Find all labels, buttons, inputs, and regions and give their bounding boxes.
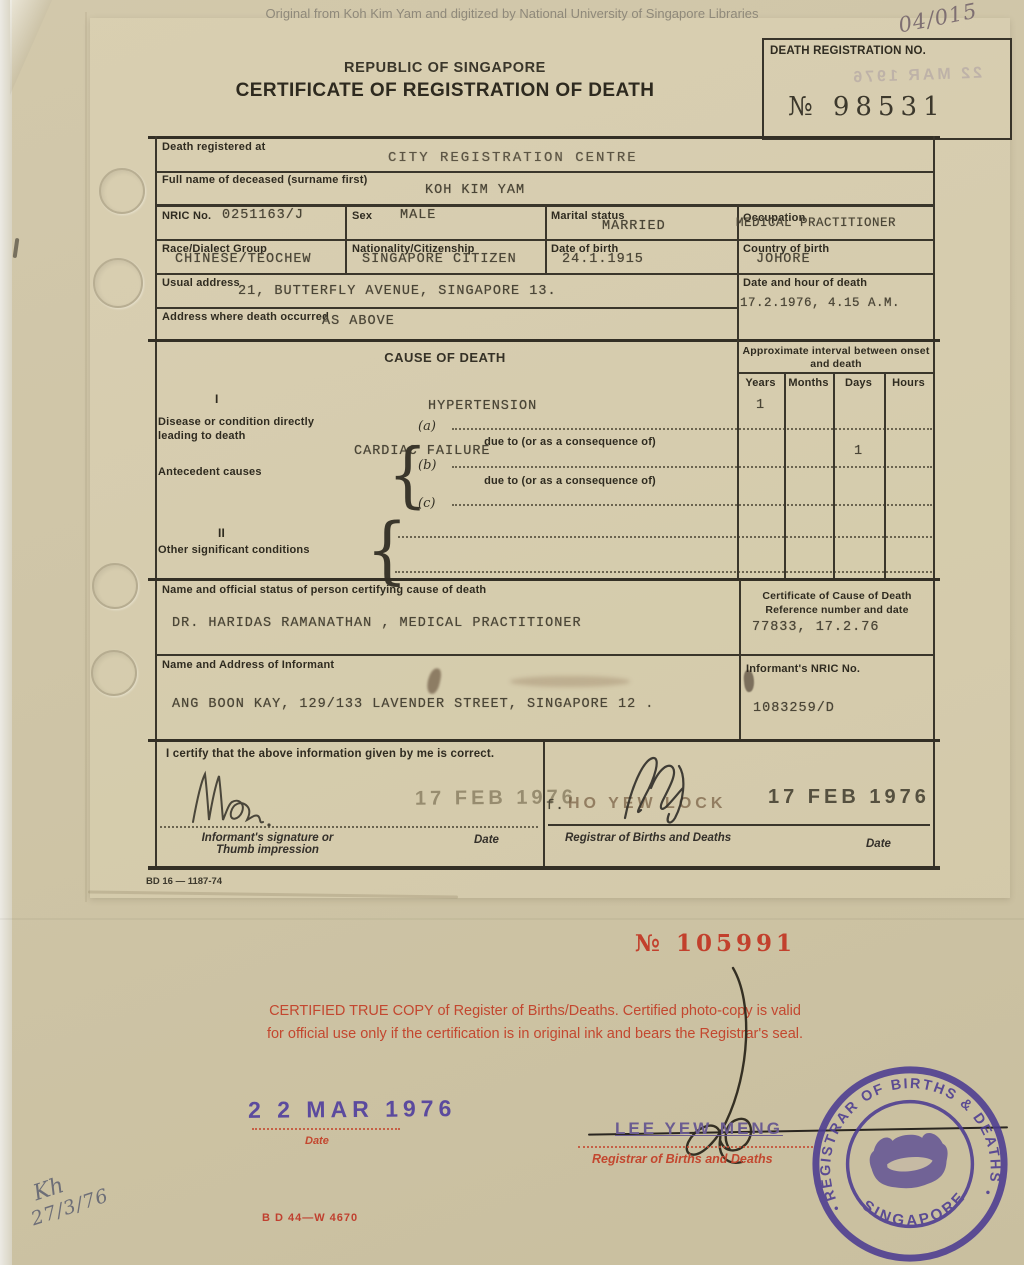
other-conditions-label: Other significant conditions	[158, 544, 358, 558]
interval-b-days-value: 1	[833, 444, 884, 459]
date-stamp: 17 FEB 1976	[768, 786, 930, 809]
punch-hole	[91, 650, 137, 696]
registrar-rule	[578, 1146, 813, 1148]
roman-numeral-i: I	[215, 392, 219, 407]
seal-separator-dot: •	[985, 1184, 991, 1199]
row-divider	[155, 204, 933, 207]
signature-caption: Informant's signature or Thumb impressio…	[175, 832, 360, 856]
form-code-bottom: B D 44—W 4670	[262, 1212, 358, 1224]
cause-line-a-value: HYPERTENSION	[428, 399, 537, 414]
interval-col-days: Days	[833, 377, 884, 391]
registrar-flourish-signature	[638, 962, 788, 1182]
interval-col-months: Months	[784, 377, 833, 391]
cell-divider	[345, 204, 347, 273]
certifier-label: Name and official status of person certi…	[162, 584, 486, 598]
interval-col-hours: Hours	[884, 377, 933, 391]
dotted-rule	[398, 536, 932, 538]
field-value: JOHORE	[756, 252, 811, 267]
field-label: Sex	[352, 210, 372, 224]
form-code-top: BD 16 — 1187-74	[146, 876, 222, 887]
informant-nric-value: 1083259/D	[753, 701, 835, 716]
interval-col-divider	[833, 372, 835, 578]
cell-divider	[545, 204, 547, 273]
informant-signature	[185, 760, 295, 840]
informant-nric-label: Informant's NRIC No.	[746, 663, 860, 677]
signature-caption-line: Informant's signature or	[175, 832, 360, 844]
field-value: MEDICAL PRACTITIONER	[736, 216, 896, 230]
field-label: Full name of deceased (surname first)	[162, 174, 367, 188]
section-divider	[148, 339, 940, 342]
date-rule	[252, 1128, 400, 1130]
field-value: 24.1.1915	[562, 252, 644, 267]
field-label: NRIC No.	[162, 210, 211, 224]
dotted-rule	[452, 428, 932, 430]
ccod-ref-label: Reference number and date	[742, 604, 932, 617]
field-label: Date and hour of death	[743, 277, 867, 291]
form-border-bottom	[148, 866, 940, 870]
registrar-caption: Registrar of Births and Deaths	[592, 1152, 773, 1166]
interval-left-border	[737, 339, 739, 578]
digitization-watermark: Original from Koh Kim Yam and digitized …	[0, 6, 1024, 21]
svg-text:SINGAPORE: SINGAPORE	[858, 1187, 973, 1235]
registrar-caption: Registrar of Births and Deaths	[565, 832, 731, 844]
registrar-rule	[548, 824, 930, 826]
field-value: 21, BUTTERFLY AVENUE, SINGAPORE 13.	[238, 284, 557, 299]
registrar-signature	[595, 748, 725, 833]
signature-caption-line: Thumb impression	[175, 844, 360, 856]
row-divider	[155, 654, 933, 656]
scanner-edge-strip	[0, 0, 12, 1265]
seal-bottom-text: SINGAPORE	[858, 1187, 973, 1235]
field-value: AS ABOVE	[322, 314, 395, 329]
horizontal-fold-crease	[0, 918, 1024, 920]
form-border-left	[155, 136, 157, 870]
date-caption: Date	[305, 1135, 329, 1147]
interval-header-divider	[737, 372, 933, 374]
disease-condition-label: Disease or condition directly leading to…	[158, 416, 348, 444]
field-value: MALE	[400, 208, 436, 223]
field-value: SINGAPORE CITIZEN	[362, 252, 517, 267]
interval-a-years-value: 1	[737, 398, 784, 413]
other-conditions-brace: {	[366, 515, 408, 588]
due-to-caption: due to (or as a consequence of)	[430, 475, 710, 489]
republic-heading: REPUBLIC OF SINGAPORE	[155, 60, 735, 76]
seal-separator-dot: •	[833, 1200, 839, 1215]
punch-hole	[92, 563, 138, 609]
field-value: KOH KIM YAM	[425, 183, 525, 198]
dotted-rule	[452, 504, 932, 506]
cause-of-death-heading: CAUSE OF DEATH	[155, 350, 735, 365]
for-note: f.	[546, 798, 565, 814]
informant-label: Name and Address of Informant	[162, 659, 334, 673]
cell-divider	[739, 580, 741, 655]
form-border-top	[148, 136, 940, 139]
registration-no-label: DEATH REGISTRATION NO.	[770, 44, 926, 58]
cell-divider	[739, 655, 741, 739]
ccod-ref-label: Certificate of Cause of Death	[742, 590, 932, 603]
field-label: Death registered at	[162, 141, 265, 155]
informant-value: ANG BOON KAY, 129/133 LAVENDER STREET, S…	[172, 697, 654, 712]
registrar-seal: REGISTRAR OF BIRTHS & DEATHS SINGAPORE •…	[806, 1060, 1014, 1265]
field-value: CITY REGISTRATION CENTRE	[388, 150, 638, 166]
row-divider	[155, 171, 933, 173]
date-caption: Date	[474, 834, 499, 846]
pencil-note: Kh 27/3/76	[21, 1161, 112, 1230]
interval-header: Approximate interval between onset and d…	[740, 345, 932, 371]
ccod-ref-value: 77833, 17.2.76	[752, 620, 879, 635]
form-border-right	[933, 136, 935, 870]
cause-line-c-label: (c)	[418, 496, 435, 511]
field-value: 17.2.1976, 4.15 A.M.	[740, 296, 900, 310]
ink-smudge	[510, 676, 630, 687]
interval-col-divider	[784, 372, 786, 578]
interval-col-years: Years	[737, 377, 784, 391]
certified-date-stamp: 2 2 MAR 1976	[248, 1095, 457, 1124]
antecedent-causes-label: Antecedent causes	[158, 466, 262, 480]
row-divider	[155, 273, 933, 275]
field-label: Usual address	[162, 277, 240, 291]
dotted-rule	[395, 571, 932, 573]
interval-col-divider	[884, 372, 886, 578]
field-value: 0251163/J	[222, 208, 304, 223]
cause-line-b-label: (b)	[418, 458, 436, 473]
punch-hole	[93, 258, 143, 308]
roman-numeral-ii: II	[218, 526, 225, 541]
row-divider	[155, 239, 933, 241]
field-label: Address where death occurred	[162, 311, 329, 325]
row-divider	[155, 307, 737, 309]
scanned-death-certificate: Original from Koh Kim Yam and digitized …	[0, 0, 1024, 1265]
field-value: CHINESE/TEOCHEW	[175, 252, 312, 267]
certificate-title: CERTIFICATE OF REGISTRATION OF DEATH	[135, 80, 755, 102]
date-caption: Date	[866, 838, 891, 850]
registrar-name-stamp: LEE YEW MENG	[615, 1119, 783, 1139]
section-divider	[148, 578, 940, 581]
punch-hole	[99, 168, 145, 214]
ink-speck	[13, 238, 20, 258]
registration-number: № 98531	[788, 92, 946, 122]
certifier-value: DR. HARIDAS RAMANATHAN , MEDICAL PRACTIT…	[172, 616, 582, 631]
copy-serial-number: № 105991	[635, 930, 796, 957]
dotted-rule	[452, 466, 932, 468]
field-value: MARRIED	[602, 219, 666, 234]
signature-rule	[160, 826, 538, 828]
vertical-fold-crease	[85, 12, 87, 902]
